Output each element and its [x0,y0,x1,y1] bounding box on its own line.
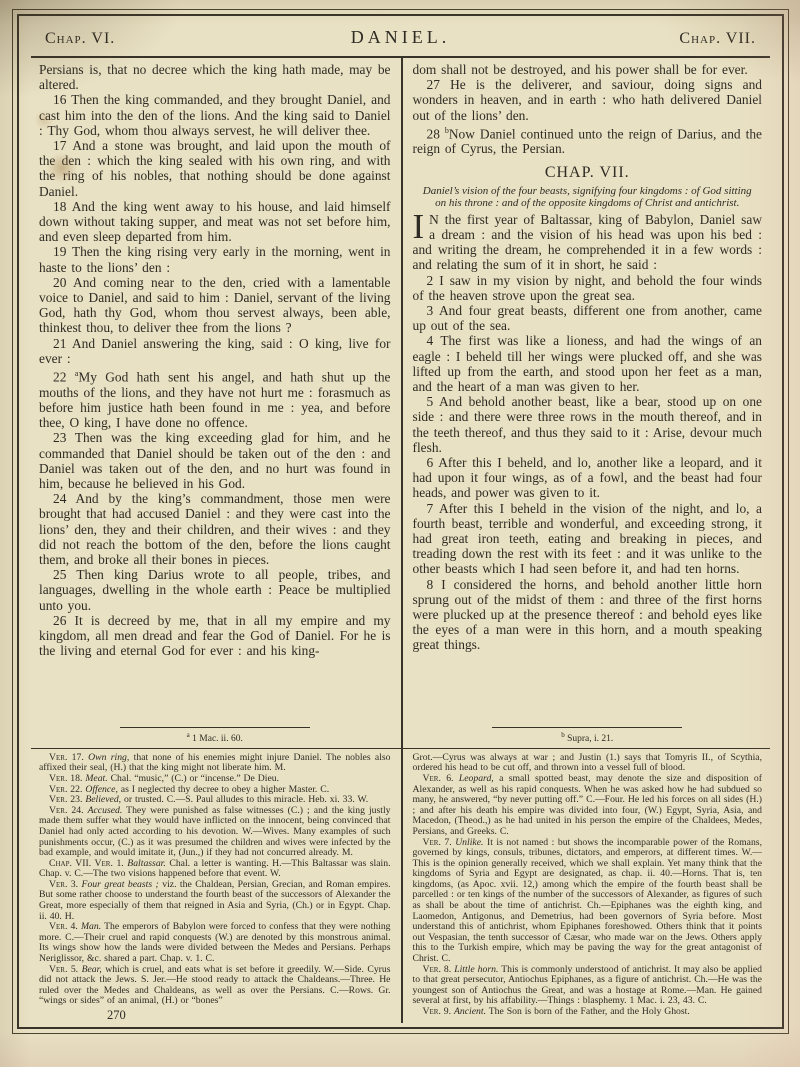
note-paragraph: Ver. 6. Leopard, a small spotted beast, … [413,774,763,838]
verse-paragraph: 22 aMy God hath sent his angel, and hath… [39,366,391,430]
commentary-column-left: Ver. 17. Own ring, that none of his enem… [37,749,401,1023]
verse-text: And coming near to the den, cried with a… [39,275,391,336]
verse-paragraph: 28 bNow Daniel continued unto the reign … [413,123,763,157]
scripture-text-band: Persians is, that no decree which the ki… [37,58,764,748]
verse-number: 28 [427,126,440,141]
note-text: as I neglected thy decree to obey a high… [121,784,329,795]
verse-paragraph: 7 After this I beheld in the vision of t… [413,501,763,577]
verse-text: Then the king commanded, and they brough… [39,92,391,137]
verse-text: After this I beheld in the vision of the… [413,501,763,577]
verse-number: 24 [53,491,66,506]
verse-number: 21 [53,336,66,351]
verse-number: 23 [53,430,66,445]
note-verse-label: Ver. 6. [423,773,454,784]
verse-number: 8 [427,577,434,592]
footnote-marker: a [187,731,190,739]
verse-number: 22 [53,370,66,385]
commentary-band: Ver. 17. Own ring, that none of his enem… [37,749,764,1023]
verse-number: 26 [53,613,66,628]
verse-text: He is the deliverer, and saviour, doing … [413,77,763,122]
verse-text: And four great beasts, different one fro… [413,303,763,333]
verse-paragraph: Persians is, that no decree which the ki… [39,62,391,92]
note-term: Own ring, [88,752,129,763]
note-paragraph: Ver. 3. Four great beasts ; viz. the Cha… [39,880,391,922]
scanned-bible-page: Chap. VI. DANIEL. Chap. VII. Persians is… [0,0,800,1067]
verse-text: I considered the horns, and behold anoth… [413,577,763,653]
verse-text: And behold another beast, like a bear, s… [413,394,763,455]
verse-number: 25 [53,567,66,582]
verse-text: Then king Darius wrote to all people, tr… [39,567,391,612]
note-term: Bear, [82,964,102,975]
verse-text: Persians is, that no decree which the ki… [39,62,391,92]
verse-text: And Daniel answering the king, said : O … [39,336,391,366]
footnote-reference-left: a 1 Mac. ii. 60. [39,725,391,748]
verse-number: 18 [53,199,66,214]
note-verse-label: Ver. 4. [49,921,78,932]
page-number: 270 [107,1008,391,1023]
note-paragraph: Ver. 8. Little horn. This is commonly un… [413,965,763,1007]
footnote-marker: b [561,731,565,739]
verse-text: Then the king rising very early in the m… [39,244,391,274]
note-verse-label: Ver. 3. [49,879,78,890]
verse-text: And the king went away to his house, and… [39,199,391,244]
drop-cap: I [413,212,430,240]
verse-number: 4 [427,333,434,348]
verse-text: N the first year of Baltassar, king of B… [413,212,763,273]
note-paragraph: Ver. 24. Accused. They were punished as … [39,806,391,859]
note-term: Offence, [85,784,118,795]
scripture-column-right: dom shall not be destroyed, and his powe… [401,58,765,748]
note-text: It is not named : but shows the incompar… [413,837,763,965]
note-verse-label: Ver. 22. [49,784,82,795]
verse-number: 5 [427,394,434,409]
note-term: Man. [81,921,101,932]
note-paragraph: Ver. 5. Bear, which is cruel, and eats w… [39,965,391,1007]
verse-number: 27 [427,77,440,92]
verse-paragraph: 18 And the king went away to his house, … [39,199,391,245]
verse-paragraph: 3 And four great beasts, different one f… [413,303,763,333]
verse-paragraph: 16 Then the king commanded, and they bro… [39,92,391,138]
verse-text: dom shall not be destroyed, and his powe… [413,62,748,77]
verse-paragraph: dom shall not be destroyed, and his powe… [413,62,763,77]
verse-text: It is decreed by me, that in all my empi… [39,613,391,658]
note-verse-label: Chap. VII. Ver. 1. [49,858,124,869]
verse-number: 20 [53,275,66,290]
note-text: or trusted. C.—S. Paul alludes to this m… [124,794,368,805]
footnote-rule [492,727,682,728]
verse-paragraph: 21 And Daniel answering the king, said :… [39,336,391,366]
note-term: Believed, [85,794,121,805]
note-text: Chal. “music,” (C.) or “incense.” De Die… [111,773,279,784]
note-text: Grot.—Cyrus was always at war ; and Just… [413,752,763,774]
verse-text: Then was the king exceeding glad for him… [39,430,391,491]
note-verse-label: Ver. 8. [423,964,452,975]
note-paragraph: Ver. 4. Man. The emperors of Babylon wer… [39,922,391,964]
note-term: Unlike. [455,837,483,848]
verse-text: The first was like a lioness, and had th… [413,333,763,394]
note-text: The Son is born of the Father, and the H… [489,1006,690,1017]
note-verse-label: Ver. 9. [423,1006,452,1017]
verse-paragraph: 27 He is the deliverer, and saviour, doi… [413,77,763,123]
verse-text: I saw in my vision by night, and behold … [413,273,763,303]
note-term: Four great beasts ; [82,879,159,890]
note-verse-label: Ver. 18. [49,773,82,784]
page-outer-border: Chap. VI. DANIEL. Chap. VII. Persians is… [12,9,789,1034]
note-term: Little horn. [454,964,498,975]
verse-text: Now Daniel continued unto the reign of D… [413,126,762,156]
verse-text: After this I beheld, and lo, another lik… [413,455,763,500]
note-paragraph: Ver. 17. Own ring, that none of his enem… [39,753,391,774]
verse-paragraph-dropcap: IN the first year of Baltassar, king of … [413,212,763,273]
verse-paragraph: 23 Then was the king exceeding glad for … [39,430,391,491]
note-term: Leopard, [459,773,494,784]
chapter-heading: CHAP. VII. [413,164,763,182]
verse-paragraph: 6 After this I beheld, and lo, another l… [413,455,763,501]
page-inner-border: Chap. VI. DANIEL. Chap. VII. Persians is… [17,14,784,1029]
footnote-rule [120,727,310,728]
verse-paragraph: 4 The first was like a lioness, and had … [413,333,763,394]
note-paragraph: Chap. VII. Ver. 1. Baltassar. Chal. a le… [39,859,391,880]
verse-text: My God hath sent his angel, and hath shu… [39,370,391,431]
verse-paragraph: 8 I considered the horns, and behold ano… [413,577,763,653]
verse-text: And a stone was brought, and laid upon t… [39,138,391,199]
header-book-title: DANIEL. [37,27,764,48]
note-verse-label: Ver. 17. [49,752,84,763]
note-term: Meat. [85,773,107,784]
verse-number: 19 [53,244,66,259]
header-chapter-right: Chap. VII. [679,30,756,48]
note-paragraph: Ver. 9. Ancient. The Son is born of the … [413,1007,763,1018]
note-verse-label: Ver. 5. [49,964,78,975]
verse-paragraph: 24 And by the king’s commandment, those … [39,491,391,567]
footnote-citation: Supra, i. 21. [567,734,613,744]
verse-number: 7 [427,501,434,516]
running-header: Chap. VI. DANIEL. Chap. VII. [37,24,764,54]
verse-number: 3 [427,303,434,318]
note-term: Ancient. [454,1006,486,1017]
verse-number: 6 [427,455,434,470]
verse-paragraph: 17 And a stone was brought, and laid upo… [39,138,391,199]
verse-paragraph: 25 Then king Darius wrote to all people,… [39,567,391,613]
scripture-column-left: Persians is, that no decree which the ki… [37,58,401,748]
note-verse-label: Ver. 23. [49,794,82,805]
verse-text: And by the king’s commandment, those men… [39,491,391,567]
verse-paragraph: 19 Then the king rising very early in th… [39,244,391,274]
verse-number: 17 [53,138,66,153]
note-verse-label: Ver. 24. [49,805,84,816]
footnote-citation: 1 Mac. ii. 60. [192,734,243,744]
chapter-argument: Daniel’s vision of the four beasts, sign… [413,185,763,210]
verse-paragraph: 26 It is decreed by me, that in all my e… [39,613,391,659]
commentary-column-right: Grot.—Cyrus was always at war ; and Just… [401,749,765,1023]
note-paragraph: Grot.—Cyrus was always at war ; and Just… [413,753,763,774]
note-term: Baltassar. [127,858,166,869]
note-term: Accused. [88,805,123,816]
verse-paragraph: 20 And coming near to the den, cried wit… [39,275,391,336]
verse-paragraph: 2 I saw in my vision by night, and behol… [413,273,763,303]
verse-paragraph: 5 And behold another beast, like a bear,… [413,394,763,455]
note-verse-label: Ver. 7. [423,837,452,848]
footnote-reference-right: b Supra, i. 21. [413,725,763,748]
verse-number: 16 [53,92,66,107]
verse-number: 2 [427,273,434,288]
note-paragraph: Ver. 7. Unlike. It is not named : but sh… [413,838,763,965]
